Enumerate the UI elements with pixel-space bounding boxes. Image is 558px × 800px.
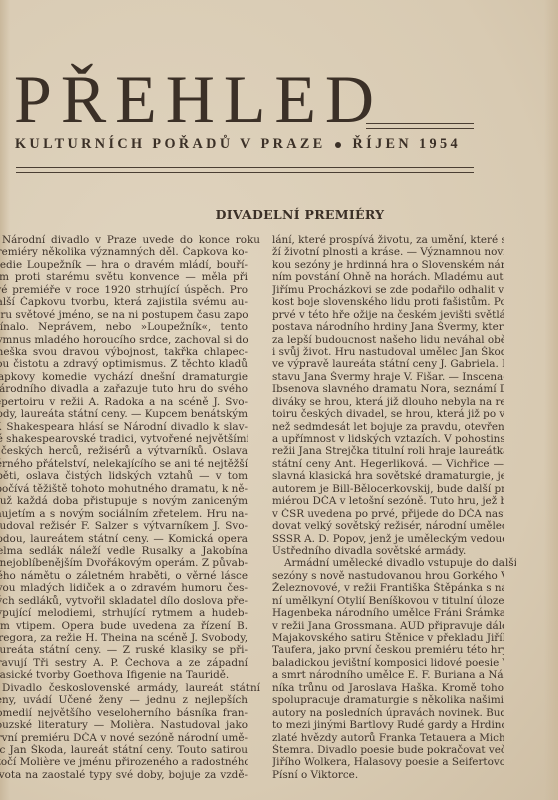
text-line: studoval režisér F. Salzer s výtvarníkem…	[0, 520, 248, 532]
text-line: v ČSR uvedena po prvé, přijede do DČA na…	[272, 508, 504, 520]
text-line: dovat velký sovětský režisér, národní um…	[272, 520, 504, 532]
header-double-rule	[16, 167, 474, 173]
text-line: Majakovského satiru Štěnice v překladu J…	[272, 632, 504, 644]
text-line: ceny, uvádí Učené ženy — jednu z nejlepš…	[0, 694, 248, 706]
text-line: klasické tvorby Goethova Ifigenie na Tau…	[0, 669, 248, 681]
text-line: a smrt národního umělce E. F. Buriana a …	[272, 669, 504, 681]
text-line: bodou, laureátem státní ceny. — Komická …	[0, 533, 248, 545]
text-line: i svůj život. Hru nastudoval umělec Jan …	[272, 346, 504, 358]
text-line: toiru českých divadel, se hrou, která ji…	[272, 408, 504, 420]
text-line: dvou mladých lidiček a o zdravém humoru …	[0, 582, 248, 594]
text-line: k nejoblíbenějším Dvořákovým operám. Z p…	[0, 557, 248, 569]
text-line: baladickou jevištní komposici lidové poe…	[272, 657, 504, 669]
text-line: Gregora, za režie H. Theina na scéně J. …	[0, 632, 248, 644]
text-line: slavná klasická hra sovětské dramaturgie…	[272, 470, 504, 482]
text-line: státní ceny Ant. Hegerliková. — Vichřice…	[272, 458, 504, 470]
text-line: muž každá doba přistupuje s novým zanice…	[0, 495, 248, 507]
text-line: lání, které prospívá životu, za umění, k…	[272, 234, 504, 246]
text-line: prvé v této hře ožije na českém jevišti …	[272, 309, 504, 321]
text-line: z českých herců, režisérů a výtvarníků. …	[0, 445, 248, 457]
text-line: Národní divadlo v Praze uvede do konce r…	[0, 234, 260, 246]
text-line: útočí Molière ve jménu přirozeného a rad…	[0, 756, 248, 768]
text-line: sezóny s nově nastudovanou hrou Gorkého …	[272, 570, 504, 582]
text-line: stavu Jana Švermy hraje V. Fišar. — Insc…	[272, 371, 504, 383]
text-line: Ústředního divadla sovětské armády.	[272, 545, 504, 557]
text-line: Národního divadla a zařazuje tuto hru do…	[0, 383, 248, 395]
text-line: Ibsenova slavného dramatu Nora, seznámí …	[272, 383, 504, 395]
text-line: medie Loupežník — hra o dravém mládí, bo…	[0, 259, 248, 271]
text-line: toru světové jméno, se na ni postupem ča…	[0, 309, 248, 321]
text-line: SSSR A. D. Popov, jenž je uměleckým vedo…	[272, 533, 504, 545]
text-line: diváky se hrou, která již dlouho nebyla …	[272, 396, 504, 408]
text-line: couzské literatury — Molièra. Nastudoval…	[0, 719, 248, 731]
text-line: ného námětu o záletném hraběti, o věrné …	[0, 570, 248, 582]
text-line: spolupracuje dramaturgie s několika naši…	[272, 694, 504, 706]
text-line: ním vtipem. Opera bude uvedena za řízení…	[0, 620, 248, 632]
text-line: režii Jana Strejčka titulní roli hraje l…	[272, 445, 504, 457]
text-line: laureáta státní ceny. — Z ruské klasiky …	[0, 644, 248, 656]
text-line: první premiéru DČA v nové sezóně národní…	[0, 732, 248, 744]
text-line: repertoiru v režii A. Radoka a na scéně …	[0, 396, 248, 408]
text-line: autorem je Bill-Bělocerkovskij, bude dal…	[272, 483, 504, 495]
text-line: Jiřího Wolkera, Halasovy poesie a Seifer…	[272, 756, 504, 768]
page-edge-right	[544, 0, 558, 800]
title-double-rule	[366, 123, 474, 129]
text-line: spočívá těžiště tohoto mohutného dramatu…	[0, 483, 248, 495]
text-line: ní umělkyní Otylií Beníškovou v titulní …	[272, 595, 504, 607]
text-line: Hagenbeka národního umělce Fráni Šrámka,	[272, 607, 504, 619]
text-line: ve výpravě laureáta státní ceny J. Gabri…	[272, 358, 504, 370]
subtitle-issue-date: ŘÍJEN 1954	[353, 136, 462, 152]
text-line: kost boje slovenského lidu proti fašistů…	[272, 296, 504, 308]
text-line: ží životní plnosti a kráse. — Významnou …	[272, 246, 504, 258]
text-line: Železnovové, v režii Františka Štěpánka …	[272, 582, 504, 594]
text-line: postava národního hrdiny Jana Švermy, kt…	[272, 321, 504, 333]
text-line: oběti, oslava čistých lidských vztahů — …	[0, 470, 248, 482]
text-line: W. Shakespeara hlásí se Národní divadlo …	[0, 421, 248, 433]
text-line: miérou DČA v letošní sezóně. Tuto hru, j…	[272, 495, 504, 507]
text-line: né shakespearovské tradici, vytvořené ne…	[0, 433, 248, 445]
text-line: dneška svou dravou výbojnost, takřka chl…	[0, 346, 248, 358]
text-line: kou sezóny je hrdinná hra o Slovenském n…	[272, 259, 504, 271]
text-line: lec Jan Škoda, laureát státní ceny. Tout…	[0, 744, 248, 756]
text-line: Divadlo československé armády, laureát s…	[0, 682, 260, 694]
text-line: komedií největšího veseloherního básníka…	[0, 707, 248, 719]
text-line: cím proti starému světu konvence — měla …	[0, 271, 248, 283]
article-column-right: lání, které prospívá životu, za umění, k…	[272, 234, 504, 781]
text-line: Armádní umělecké divadlo vstupuje do dal…	[272, 557, 516, 569]
text-line: pravují Tři sestry A. P. Čechova a ze zá…	[0, 657, 248, 669]
text-line: hymnus mladého horoucího srdce, zachoval…	[0, 334, 248, 346]
text-line: premiéry několika významných děl. Čapkov…	[0, 246, 248, 258]
text-line: za lepší budoucnost našeho lidu neváhal …	[272, 334, 504, 346]
text-line: níka trůnu od Jaroslava Haška. Kromě toh…	[272, 682, 504, 694]
text-line: a upřímnost v lidských vztazích. V pohos…	[272, 433, 504, 445]
article-column-left: Národní divadlo v Praze uvede do konce r…	[0, 234, 248, 781]
text-line: než sedmdesát let bojuje za pravdu, otev…	[272, 421, 504, 433]
section-title: DIVADELNÍ PREMIÉRY	[0, 207, 558, 222]
masthead-subtitle: KULTURNÍCH POŘADŮ V PRAZE ŘÍJEN 1954	[15, 136, 477, 153]
text-line: Taufera, jako první českou premiéru této…	[272, 644, 504, 656]
text-line: zlaté hvězdy autorů Franka Tetauera a Mi…	[272, 732, 504, 744]
text-line: kypující melodiemi, strhující rytmem a h…	[0, 607, 248, 619]
bullet-dot-icon	[335, 142, 341, 148]
text-line: v režii Jana Grossmana. AUD připravuje d…	[272, 620, 504, 632]
text-line: autory na posledních úpravách novinek. B…	[272, 707, 504, 719]
text-line: další Čapkovu tvorbu, která zajistila sv…	[0, 296, 248, 308]
text-line: života na zaostalé typy své doby, bojuje…	[0, 769, 248, 781]
text-line: ním povstání Ohně na horách. Mladému aut…	[272, 271, 504, 283]
subtitle-publication: KULTURNÍCH POŘADŮ V PRAZE	[15, 136, 326, 152]
text-line: zaujetím a s novým sociálním zřetelem. H…	[0, 508, 248, 520]
text-line: to mezi jinými Bartlovy Rudé gardy a Hrd…	[272, 719, 504, 731]
text-line: své premiéře v roce 1920 strhující úspěc…	[0, 284, 248, 296]
text-line: Jiřímu Procházkovi se zde podařilo odhal…	[272, 284, 504, 296]
text-line: kých sedláků, vytvořil skladatel dílo do…	[0, 595, 248, 607]
text-line: mínalo. Neprávem, nebo »Loupežník«, tent…	[0, 321, 248, 333]
masthead-title: PŘEHLED	[14, 64, 383, 134]
text-line: Čapkovy komedie vychází dnešní dramaturg…	[0, 371, 248, 383]
text-line: Štemra. Divadlo poesie bude pokračovat v…	[272, 744, 504, 756]
text-line: Písní o Viktorce.	[272, 769, 504, 781]
text-line: Šelma sedlák náleží vedle Rusalky a Jako…	[0, 545, 248, 557]
text-line: věrného přátelství, nelekajícího se ani …	[0, 458, 248, 470]
text-line: body, laureáta státní ceny. — Kupcem ben…	[0, 408, 248, 420]
text-line: kou čistotu a zdravý optimismus. Z těcht…	[0, 358, 248, 370]
